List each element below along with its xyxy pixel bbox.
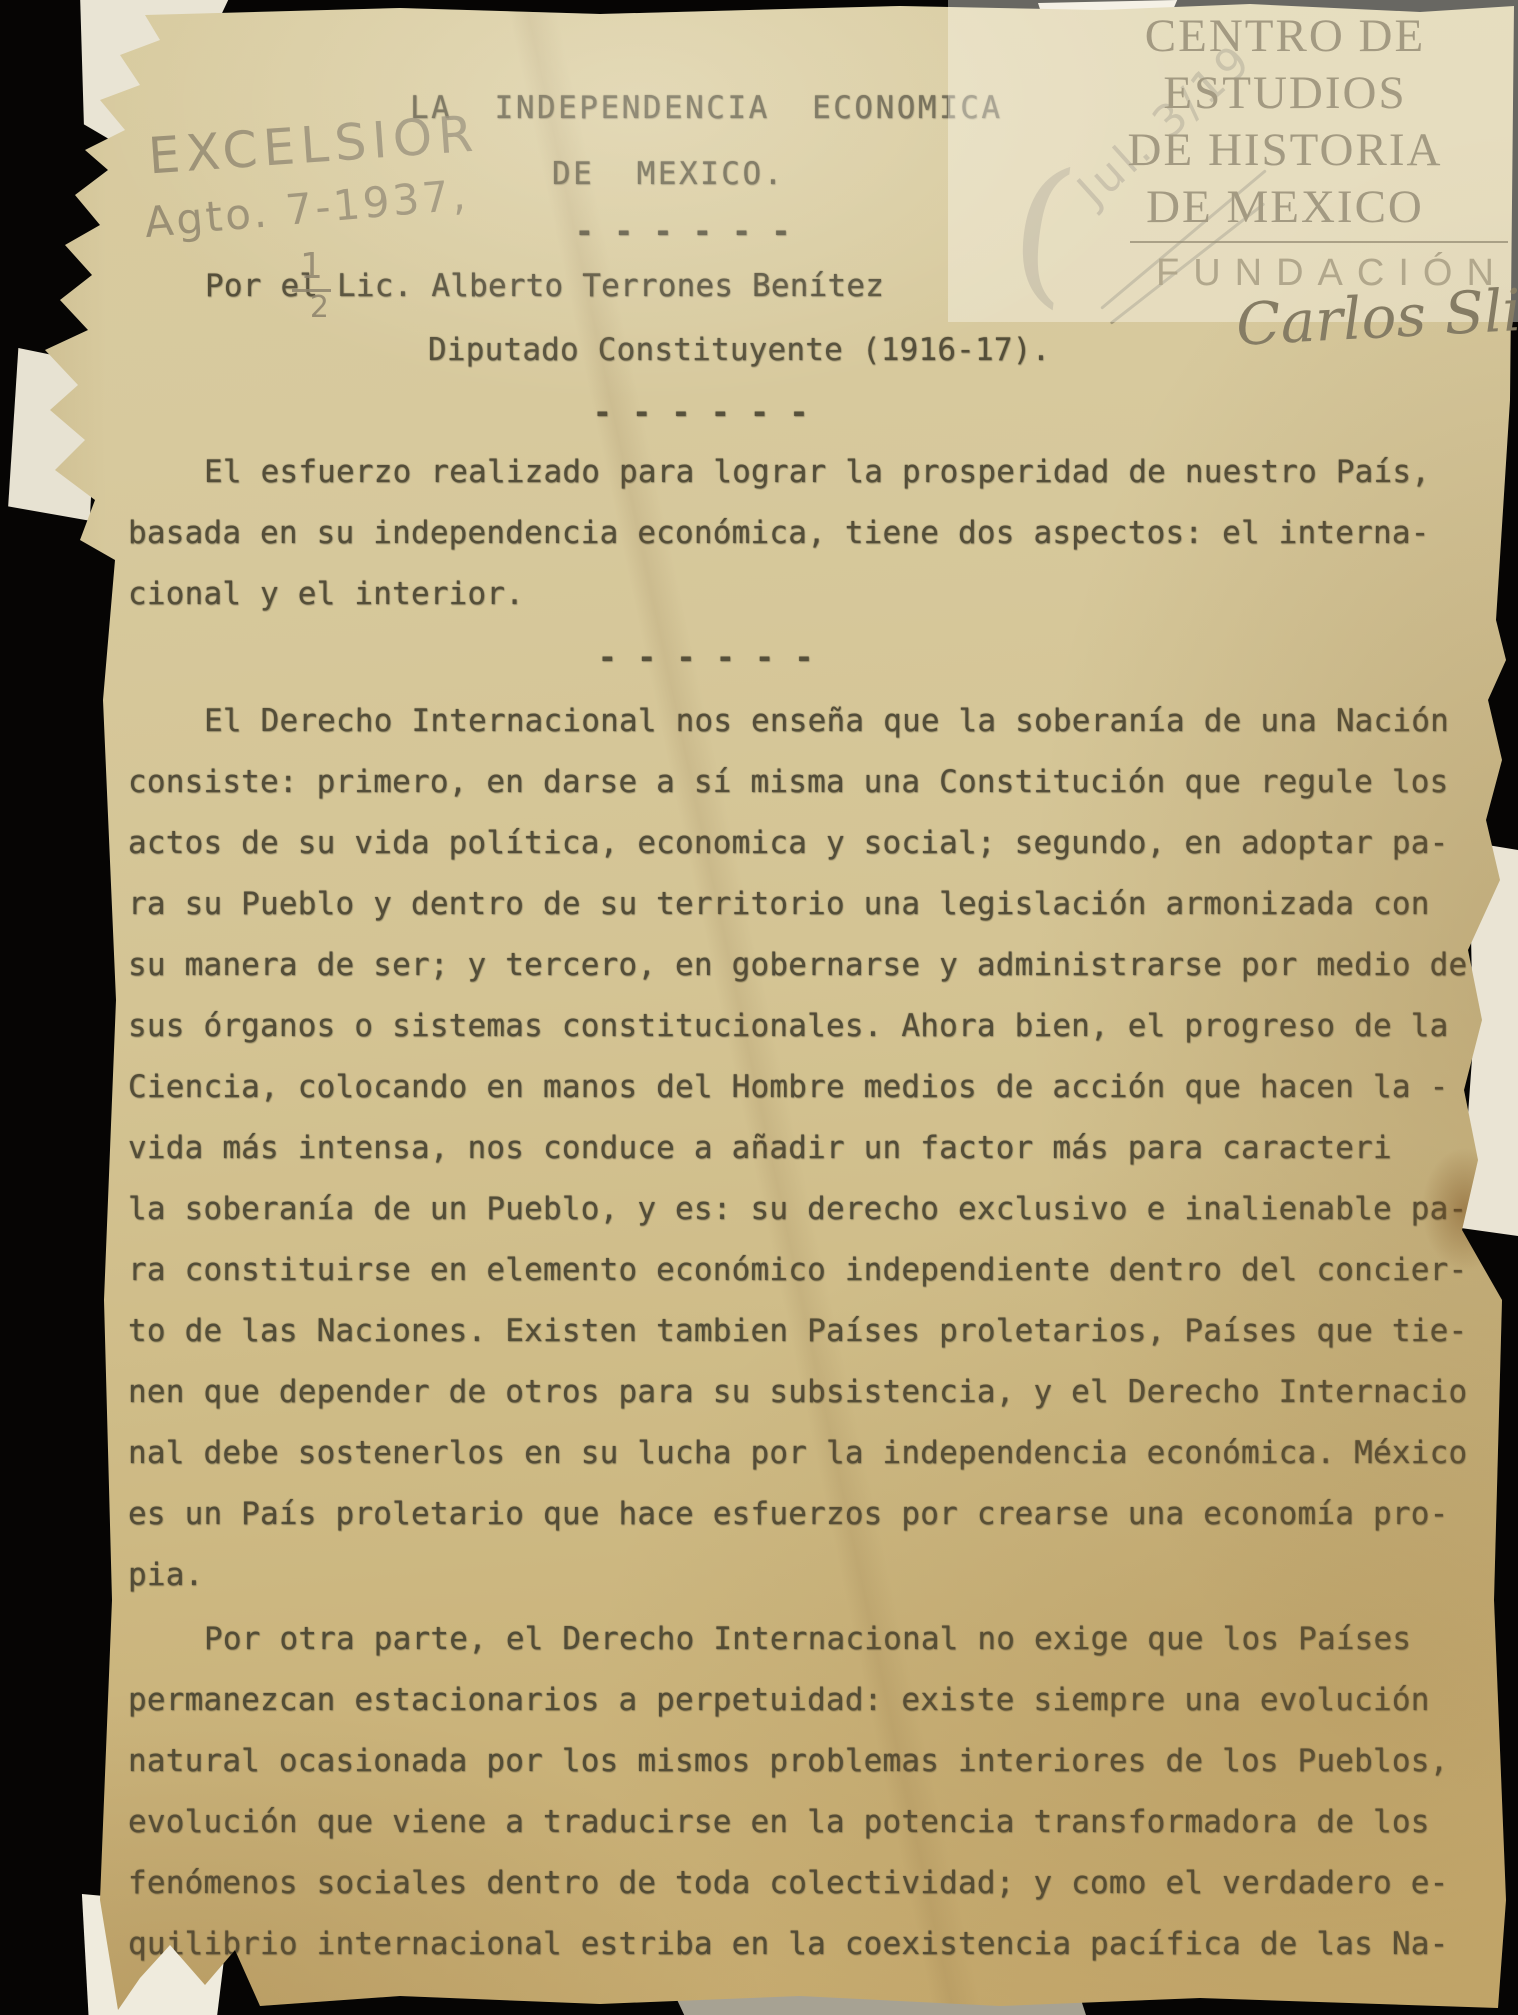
document-title-line1: LA INDEPENDENCIA ECONOMICA	[410, 90, 1003, 126]
typed-line: actos de su vida política, economica y s…	[128, 825, 1448, 861]
typed-line: Por otra parte, el Derecho Internacional…	[128, 1621, 1411, 1657]
handwritten-page-fraction: 1 2	[292, 246, 331, 325]
document-subtitle: Diputado Constituyente (1916-17).	[428, 332, 1051, 368]
typed-line: nal debe sostenerlos en su lucha por la …	[128, 1435, 1467, 1471]
typed-separator: - - - - - -	[575, 214, 791, 250]
typed-line: quilibrio internacional estriba en la co…	[128, 1926, 1448, 1962]
watermark-line: ESTUDIOS	[1060, 65, 1510, 122]
typed-line: natural ocasionada por los mismos proble…	[128, 1743, 1448, 1779]
typed-line: consiste: primero, en darse a sí misma u…	[128, 764, 1448, 800]
typed-line: sus órganos o sistemas constitucionales.…	[128, 1008, 1448, 1044]
watermark-line: DE MEXICO	[1060, 179, 1510, 236]
typed-line: es un País proletario que hace esfuerzos…	[128, 1496, 1448, 1532]
document-title-line2: DE MEXICO.	[552, 156, 785, 192]
typed-separator: - - - - - -	[598, 640, 814, 676]
typed-line: pia.	[128, 1557, 203, 1593]
typed-line: evolución que viene a traducirse en la p…	[128, 1804, 1430, 1840]
typed-line: cional y el interior.	[128, 576, 524, 612]
typed-line: nen que depender de otros para su subsis…	[128, 1374, 1467, 1410]
fraction-denominator: 2	[308, 290, 331, 325]
archive-watermark: CENTRO DE ESTUDIOS DE HISTORIA DE MEXICO…	[948, 0, 1518, 322]
typed-line: El esfuerzo realizado para lograr la pro…	[128, 454, 1430, 490]
scanned-document-page: { "colors":{"paper":"#d4c494","ink":"#46…	[0, 0, 1518, 2015]
typed-line: El Derecho Internacional nos enseña que …	[128, 703, 1449, 739]
typed-line: permanezcan estacionarios a perpetuidad:…	[128, 1682, 1430, 1718]
fraction-numerator: 1	[292, 246, 331, 292]
typed-line: ra su Pueblo y dentro de su territorio u…	[128, 886, 1430, 922]
typed-separator: - - - - - -	[593, 395, 809, 431]
typed-line: fenómenos sociales dentro de toda colect…	[128, 1865, 1448, 1901]
typed-line: basada en su independencia económica, ti…	[128, 515, 1430, 551]
watermark-line: CENTRO DE	[1060, 8, 1510, 65]
typed-line: to de las Naciones. Existen tambien País…	[128, 1313, 1467, 1349]
watermark-text-block: CENTRO DE ESTUDIOS DE HISTORIA DE MEXICO	[1060, 8, 1510, 236]
typed-line: su manera de ser; y tercero, en gobernar…	[128, 947, 1467, 983]
typed-line: la soberanía de un Pueblo, y es: su dere…	[128, 1191, 1467, 1227]
typed-line: ra constituirse en elemento económico in…	[128, 1252, 1467, 1288]
watermark-divider-line	[1130, 241, 1508, 243]
typed-line: vida más intensa, nos conduce a añadir u…	[128, 1130, 1392, 1166]
watermark-line: DE HISTORIA	[1060, 122, 1510, 179]
typed-line: Ciencia, colocando en manos del Hombre m…	[128, 1069, 1448, 1105]
